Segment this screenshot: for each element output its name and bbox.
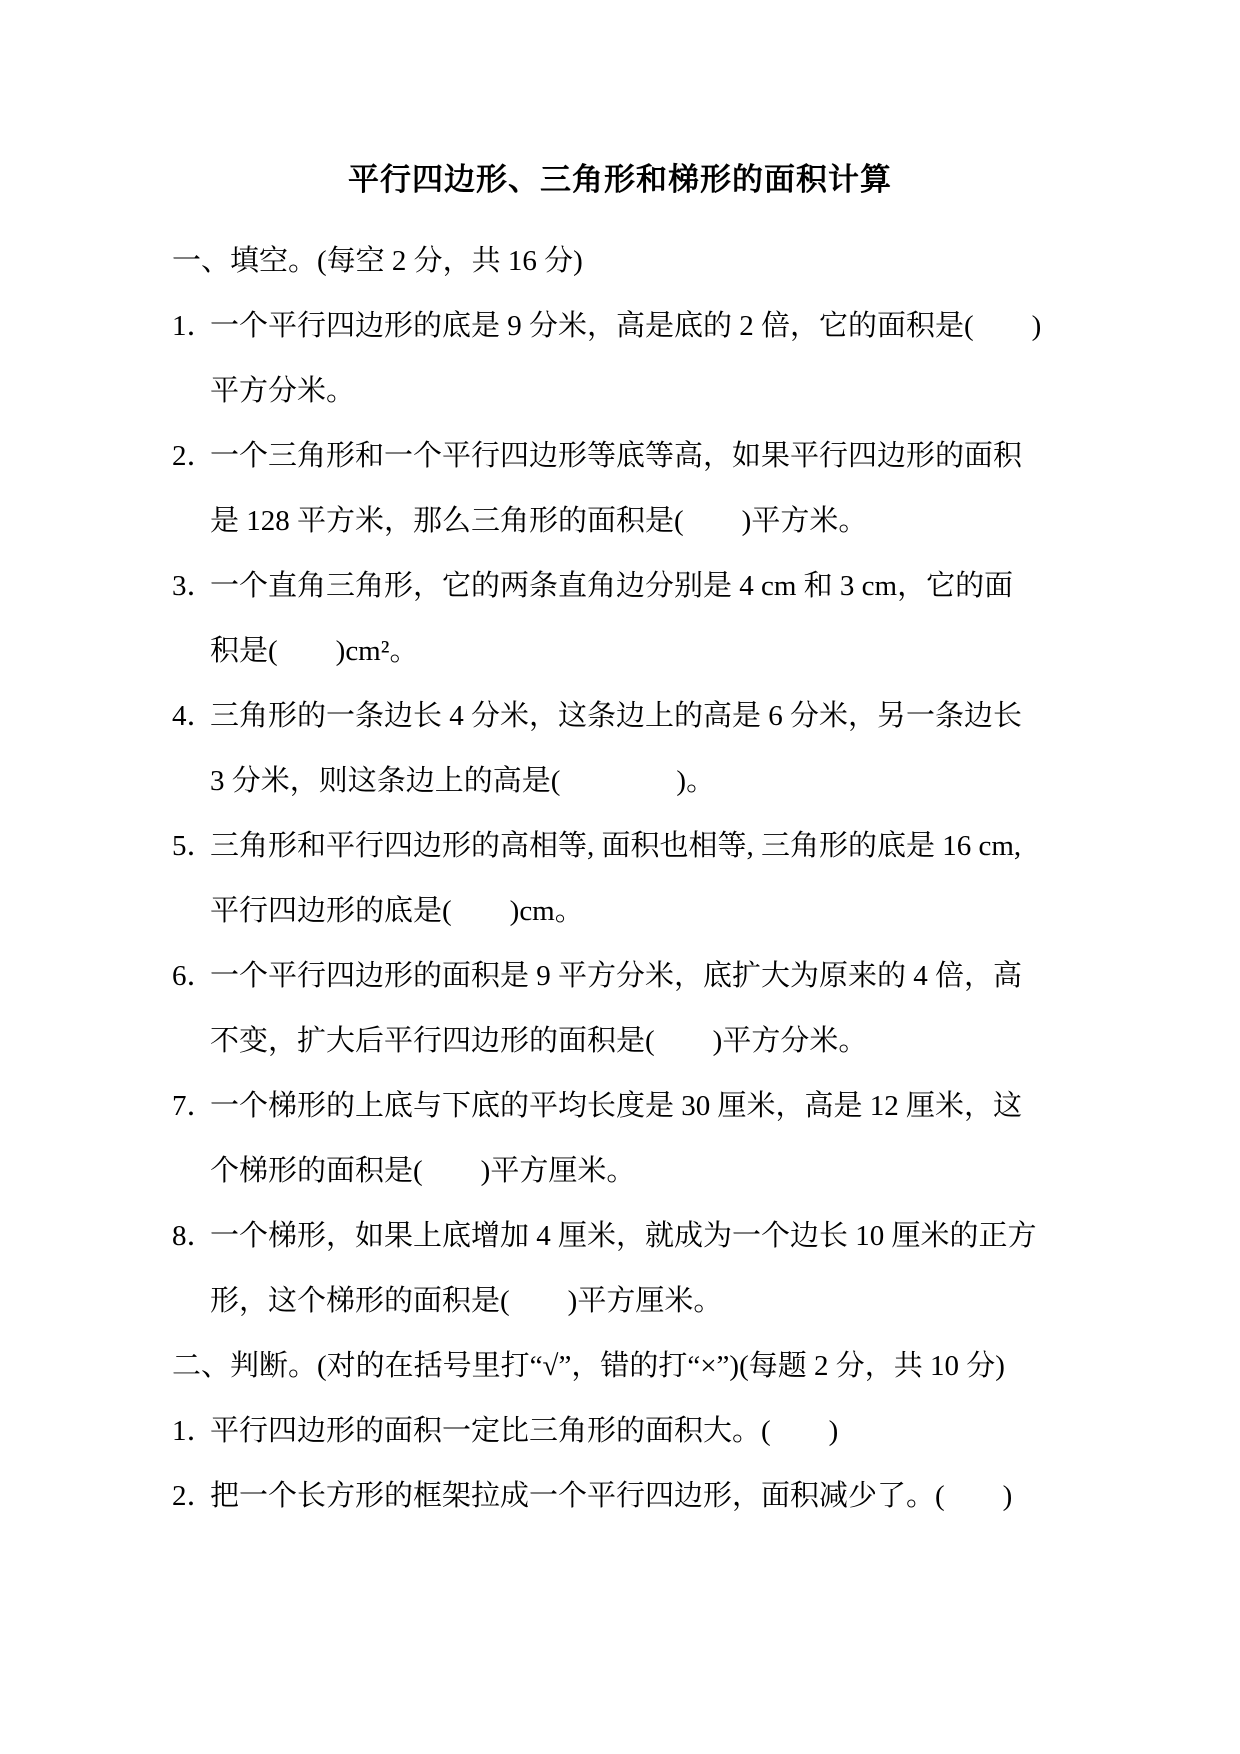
question-line: 8． 一个梯形，如果上底增加 4 厘米，就成为一个边长 10 厘米的正方: [172, 1204, 1180, 1269]
question-line: 3． 一个直角三角形，它的两条直角边分别是 4 cm 和 3 cm，它的面: [172, 554, 1180, 619]
question-text: 三角形和平行四边形的高相等, 面积也相等, 三角形的底是 16 cm,: [210, 814, 1021, 879]
worksheet-page: 平行四边形、三角形和梯形的面积计算 一、填空。(每空 2 分，共 16 分) 1…: [0, 0, 1240, 1754]
worksheet-content: 一、填空。(每空 2 分，共 16 分) 1． 一个平行四边形的底是 9 分米，…: [172, 229, 1180, 1529]
question-text: 积是( )cm²。: [210, 619, 418, 684]
question-line: 7． 一个梯形的上底与下底的平均长度是 30 厘米，高是 12 厘米，这: [172, 1074, 1180, 1139]
question-number: 1．: [172, 294, 210, 359]
question-number: 5．: [172, 814, 210, 879]
question-line: 3 分米，则这条边上的高是( )。: [172, 749, 1180, 814]
question-list: 1． 一个平行四边形的底是 9 分米，高是底的 2 倍，它的面积是( ) 平方分…: [172, 294, 1180, 1334]
question-line: 不变，扩大后平行四边形的面积是( )平方分米。: [172, 1009, 1180, 1074]
question-text: 一个三角形和一个平行四边形等底等高，如果平行四边形的面积: [210, 424, 1022, 489]
question-text: 一个梯形的上底与下底的平均长度是 30 厘米，高是 12 厘米，这: [210, 1074, 1022, 1139]
page-title: 平行四边形、三角形和梯形的面积计算: [0, 21, 1240, 201]
question-number: [172, 489, 210, 554]
section: 一、填空。(每空 2 分，共 16 分) 1． 一个平行四边形的底是 9 分米，…: [172, 229, 1180, 1334]
question-line: 平行四边形的底是( )cm。: [172, 879, 1180, 944]
question-number: [172, 1139, 210, 1204]
question-text: 平行四边形的底是( )cm。: [210, 879, 584, 944]
question-line: 2． 把一个长方形的框架拉成一个平行四边形，面积减少了。( ): [172, 1464, 1180, 1529]
question-number: 2．: [172, 424, 210, 489]
question-number: [172, 619, 210, 684]
question-text: 一个平行四边形的底是 9 分米，高是底的 2 倍，它的面积是( ): [210, 294, 1041, 359]
question-text: 把一个长方形的框架拉成一个平行四边形，面积减少了。( ): [210, 1464, 1012, 1529]
question-text: 三角形的一条边长 4 分米，这条边上的高是 6 分米，另一条边长: [210, 684, 1022, 749]
question-text: 一个梯形，如果上底增加 4 厘米，就成为一个边长 10 厘米的正方: [210, 1204, 1037, 1269]
question-line: 是 128 平方米，那么三角形的面积是( )平方米。: [172, 489, 1180, 554]
question-number: 8．: [172, 1204, 210, 1269]
question-line: 4． 三角形的一条边长 4 分米，这条边上的高是 6 分米，另一条边长: [172, 684, 1180, 749]
question-number: [172, 879, 210, 944]
question-number: 2．: [172, 1464, 210, 1529]
question-line: 6． 一个平行四边形的面积是 9 平方分米，底扩大为原来的 4 倍，高: [172, 944, 1180, 1009]
question-number: 7．: [172, 1074, 210, 1139]
question-text: 3 分米，则这条边上的高是( )。: [210, 749, 715, 814]
question-number: [172, 749, 210, 814]
question-list: 1． 平行四边形的面积一定比三角形的面积大。( ) 2． 把一个长方形的框架拉成…: [172, 1399, 1180, 1529]
question-text: 是 128 平方米，那么三角形的面积是( )平方米。: [210, 489, 867, 554]
question-number: 1．: [172, 1399, 210, 1464]
section-heading: 二、判断。(对的在括号里打“√”，错的打“×”)(每题 2 分，共 10 分): [172, 1334, 1180, 1399]
question-text: 不变，扩大后平行四边形的面积是( )平方分米。: [210, 1009, 867, 1074]
question-line: 2． 一个三角形和一个平行四边形等底等高，如果平行四边形的面积: [172, 424, 1180, 489]
question-text: 形，这个梯形的面积是( )平方厘米。: [210, 1269, 722, 1334]
question-text: 平方分米。: [210, 359, 355, 424]
question-line: 平方分米。: [172, 359, 1180, 424]
question-text: 平行四边形的面积一定比三角形的面积大。( ): [210, 1399, 838, 1464]
question-line: 积是( )cm²。: [172, 619, 1180, 684]
question-number: 3．: [172, 554, 210, 619]
question-line: 1． 一个平行四边形的底是 9 分米，高是底的 2 倍，它的面积是( ): [172, 294, 1180, 359]
question-line: 1． 平行四边形的面积一定比三角形的面积大。( ): [172, 1399, 1180, 1464]
question-number: [172, 359, 210, 424]
question-line: 5． 三角形和平行四边形的高相等, 面积也相等, 三角形的底是 16 cm,: [172, 814, 1180, 879]
question-line: 形，这个梯形的面积是( )平方厘米。: [172, 1269, 1180, 1334]
question-number: 4．: [172, 684, 210, 749]
question-number: 6．: [172, 944, 210, 1009]
question-number: [172, 1269, 210, 1334]
section-heading: 一、填空。(每空 2 分，共 16 分): [172, 229, 1180, 294]
question-text: 一个平行四边形的面积是 9 平方分米，底扩大为原来的 4 倍，高: [210, 944, 1022, 1009]
question-number: [172, 1009, 210, 1074]
question-text: 个梯形的面积是( )平方厘米。: [210, 1139, 635, 1204]
question-text: 一个直角三角形，它的两条直角边分别是 4 cm 和 3 cm，它的面: [210, 554, 1013, 619]
question-line: 个梯形的面积是( )平方厘米。: [172, 1139, 1180, 1204]
section: 二、判断。(对的在括号里打“√”，错的打“×”)(每题 2 分，共 10 分) …: [172, 1334, 1180, 1529]
